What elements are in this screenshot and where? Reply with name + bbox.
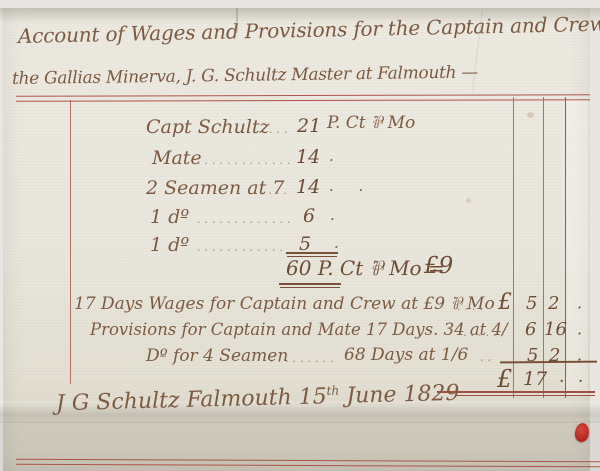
leader-dots: ·············: [197, 217, 294, 228]
leader-dots: ·············: [197, 158, 294, 169]
wage-row-unit: ·: [330, 212, 335, 227]
ruling-line-money-col-3: [565, 97, 566, 398]
wage-row-unit: ·: [329, 153, 334, 168]
leader-dots: ·········: [270, 356, 337, 367]
wage-row-unit: · ·: [329, 183, 373, 198]
charge-pounds: 5: [526, 295, 537, 313]
wage-row-label: Capt Schultz: [146, 118, 270, 137]
paper-stain: [527, 112, 534, 118]
charge-desc: 17 Days Wages for Captain and Crew at £9…: [74, 296, 495, 313]
charge-pence: ·: [577, 300, 582, 316]
underline-sum-b: [280, 287, 340, 288]
wage-row-value: 14: [296, 178, 320, 197]
total-shillings: ·: [559, 374, 564, 391]
charge-shillings: 2: [548, 295, 559, 313]
document-photo: Account of Wages and Provisions for the …: [0, 0, 600, 471]
underline-sum-a: [279, 283, 341, 285]
charge-desc: Dº for 4 Seamen: [146, 348, 288, 365]
wage-row-unit: P. Ct ⅌ Mo: [327, 115, 415, 132]
total-currency: £: [497, 367, 512, 391]
total-rule-below-b: [455, 395, 595, 396]
leader-dots: ············: [197, 245, 287, 256]
underline-last-rate-a: [286, 252, 338, 254]
ruling-line-money-col-1: [513, 97, 514, 398]
charge-detail: 68 Days at 1/6: [344, 347, 468, 364]
wage-row-value: 6: [303, 207, 315, 226]
wage-row-label: 1 dº: [150, 236, 189, 255]
charge-shillings: 16: [544, 321, 567, 339]
leader-dots: ·····: [254, 127, 291, 138]
rate-sum-label: 60 P. Ct ⅌ Mo =: [286, 258, 445, 278]
wage-row-value: 14: [296, 148, 320, 167]
paper-stain: [466, 198, 471, 203]
charge-desc: Provisions for Captain and Mate 17 Days.…: [90, 322, 508, 339]
ruling-line-money-col-2: [543, 97, 544, 398]
signature-superscript: th: [326, 384, 339, 398]
total-pence: ·: [578, 374, 583, 391]
rate-sum-value: £9: [424, 255, 453, 278]
charge-pounds: 6: [525, 321, 536, 339]
leader-dots: ····: [261, 188, 291, 199]
leader-dots: ····: [457, 304, 487, 315]
charge-pence: ·: [577, 326, 582, 342]
total-pounds: 17: [523, 370, 547, 389]
leader-dots: ··: [480, 355, 495, 366]
signature-date: June 1829: [339, 381, 460, 409]
total-rule-below-a: [437, 391, 595, 393]
leader-dots: ·····: [463, 330, 500, 341]
wage-row-label: 1 dº: [150, 208, 189, 227]
wage-row-label: Mate: [152, 149, 202, 168]
wage-row-value: 21: [297, 117, 321, 136]
charge-currency: £: [498, 292, 512, 314]
ruling-line-left-margin: [70, 100, 71, 384]
